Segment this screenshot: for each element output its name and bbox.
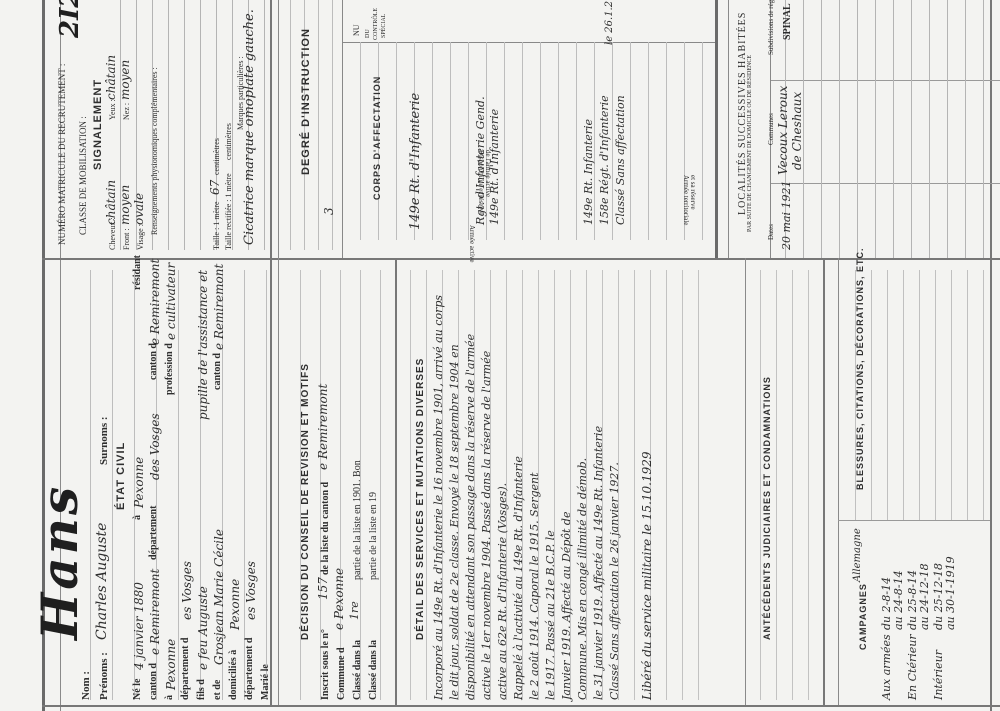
liste-value: e Remiremont [316,384,330,470]
rule-line [300,270,301,700]
rule-line [594,42,595,240]
taille-rectifiee-label: Taille rectifiée : 1 mètre [224,173,233,250]
rule-line [965,0,966,258]
rule-line [270,0,272,705]
rule-line [178,270,179,700]
prenoms-label: Prénoms : [98,652,110,700]
rule-line [951,270,952,520]
liste-label: de la liste du canton d [320,482,331,575]
service-line: Rappelé à l'activité au 149e Rt. d'Infan… [512,456,525,700]
commune-label: Commune d [336,647,347,700]
corps-title: CORPS D'AFFECTATION [372,76,382,200]
etat-civil-value: Pexonne [164,639,178,690]
rule-line [266,270,267,700]
localites-subtitle: PAR SUITE DE CHANGEMENT DE DOMICILE OU D… [747,55,753,232]
surnoms-label: Surnoms : [98,416,110,465]
rule-line [332,0,333,250]
campagne-label: Aux armées [880,634,893,700]
rule-line [200,270,201,700]
decision-title: DÉCISION DU CONSEIL DE REVISION ET MOTIF… [300,363,311,640]
campagnes-title: CAMPAGNES [858,583,868,650]
etat-civil-label: département d [180,638,191,701]
rule-line [586,270,587,700]
nom-value: Hans [30,484,89,640]
rule-line [156,270,157,700]
rule-line [698,270,699,700]
armee-active-value: 149e Rt. d'Infanterie [408,93,423,230]
etat-civil-value: es Vosges [244,561,258,620]
etat-civil-label: profession d [164,343,175,395]
col-subdivisions: Subdivisions de région [767,0,775,55]
service-line: disponibilité en attendant son passage d… [464,334,477,700]
rule-line [414,42,415,240]
rule-line [504,42,505,240]
rule-line [506,270,507,700]
territoriale-note: le 26.1.27 [604,0,615,45]
rule-line [248,0,249,250]
rule-line [168,0,169,250]
rule-line [426,270,427,700]
etat-civil-label: Né le [132,679,143,700]
renseignements-label: Renseignements physionomiques complément… [150,67,159,235]
rule-line [90,270,91,700]
classe1-label: Classé dans la [352,640,363,700]
rule-line [442,270,443,700]
rule-line [760,270,761,700]
rule-line [612,42,613,240]
col-dates: Dates [767,224,775,240]
etat-civil-value: e Remiremont [148,259,162,345]
etat-civil-label: canton d [148,343,159,380]
etat-civil-label: département d [244,638,255,701]
etat-civil-value: 4 janvier 1880 [132,582,146,670]
rule-line [792,270,793,700]
rule-line [823,258,825,705]
rule-line [395,258,397,705]
nom-label: Nom : [80,671,92,700]
taille-value: 67 [208,180,222,195]
rule-line [770,183,1000,184]
rule-line [410,270,411,700]
numero-value: 2I2 [55,0,85,38]
yeux-value: châtain [104,55,118,100]
services-final-note: Libéré du service militaire le 15.10.192… [640,451,654,700]
rule-line [396,42,397,240]
service-line: Janvier 1919. Affecté au Dépôt de [560,512,573,700]
campagne-dates: du 25-8-14 [906,570,919,630]
rule-line [785,0,786,258]
rule-line [378,42,379,240]
rule-line [486,42,487,240]
rule-line [490,270,491,700]
etat-civil-value: des Vosges [148,413,162,480]
armee-active-label: Armée active [468,225,476,263]
rule-line [919,270,920,520]
campagnes-note: Allemagne [852,528,863,582]
rule-line [630,42,631,240]
etat-civil-label: Marié le [260,664,271,700]
prenoms-value: Charles Auguste [94,523,110,640]
rule-line [120,0,121,250]
territoriale-value-1: 149e Rt. Infanterie [582,119,595,225]
rule-line [360,42,361,240]
rule-line [152,0,153,250]
taille-label: Taille : 1 mètre [212,201,221,250]
visage-value: ovale [132,193,146,225]
rule-line [432,42,433,240]
rule-line [458,270,459,700]
etat-civil-value: es Vosges [180,561,194,620]
instruction-value: 3 [322,207,336,215]
service-line: le 31 janvier 1919. Affecté au 149e Rt. … [592,426,605,700]
rule-line [474,270,475,700]
localite-date: 20 mai 1921 [780,181,793,251]
rule-line [304,0,305,250]
rule-line [618,270,619,700]
etat-civil-label: canton d [148,663,159,700]
rule-line [112,270,113,700]
antecedents-title: ANTÉCÉDENTS JUDICIAIRES ET CONDAMNATIONS [762,376,772,640]
service-line: le 1917. Passé au 21e B.C.P. le [544,530,557,700]
classe2-suffix: partie de la liste en 19 [368,492,379,580]
rule-line [634,270,635,700]
rule-line [576,42,577,240]
classe1-suffix: partie de la liste en 1901. Bon [352,460,363,580]
etat-civil-label: canton d [212,353,223,390]
rule-line [728,0,729,258]
etat-civil-value: e Remiremont [148,569,162,655]
etat-civil-value: e feu Auguste [196,586,210,670]
rule-line [715,0,718,258]
rule-line [666,270,667,700]
localite-commune-1: Vecoux Leroux [776,86,790,175]
etat-civil-value: Pexonne [132,457,146,508]
campagne-label: En Ctérieur [906,634,919,700]
marques-label: Marques particulières : [236,56,245,130]
services-title: DÉTAIL DES SERVICES ET MUTATIONS DIVERSE… [415,358,426,640]
rule-line [839,0,840,258]
rule-line [875,0,876,258]
rule-line [821,0,822,258]
classe2-label: Classé dans la [368,640,379,700]
etat-civil-value: e cultivateur [164,263,178,340]
rule-line [290,0,291,250]
numero-label: NUMÉRO MATRICULE DU RECRUTEMENT : [57,64,67,245]
rule-line [684,42,685,240]
rule-line [935,270,936,520]
localite-commune-2: de Cheshaux [790,92,804,170]
nez-value: moyen [118,60,132,100]
etat-civil-value: Pexonne [228,579,242,630]
commune-value: e Pexonne [332,568,346,630]
localites-title: LOCALITÉS SUCCESSIVES HABITÉES [737,12,748,215]
rule-line [342,42,715,43]
rule-line [990,0,992,711]
blessures-title: BLESSURES, CITATIONS, DÉCORATIONS, ETC. [855,247,865,490]
service-line: le dit jour, soldat de 2e classe. Envoyé… [448,344,461,700]
rule-line [702,42,703,240]
rule-line [342,0,343,258]
rule-line [468,42,469,240]
front-label: Front : [122,228,131,250]
rule-line [650,270,651,700]
etat-civil-label: fils d [196,679,207,700]
rule-line [838,258,839,705]
rule-line [522,42,523,240]
controle-label: CONTRÔLE [373,8,379,40]
controle-du: DU [365,29,371,38]
rule-line [666,42,667,240]
rule-line [893,0,894,258]
rule-line [450,42,451,240]
visage-label: Visage : [136,224,145,250]
disponibilite-value-1: Rgt. d'Infanterie Gend. [474,96,487,225]
rule-line [983,270,984,520]
etat-civil-label: à [132,515,143,520]
rule-line [947,0,948,258]
yeux-label: Yeux : [108,99,117,120]
service-line: active le 1er novembre 1904. Passé dans … [480,351,493,700]
inscrit-value: 157 [316,577,330,600]
rule-line [318,0,319,250]
service-line: Commune. Mis en congé illimité de démob. [576,458,589,700]
taille-unit: centimètres [212,138,221,175]
classe1-value: 1re [348,601,361,620]
rule-line [184,0,185,250]
service-line: Incorporé au 149e Rt. d'Infanterie le 16… [432,295,445,700]
nu-label: NU [352,24,361,36]
rule-line [60,0,61,711]
rule-line [602,270,603,700]
rule-line [380,270,381,700]
rule-line [558,42,559,240]
etat-civil-label: département [148,506,159,560]
territoriale-label: Armée territoriale [682,175,690,225]
instruction-title: DEGRÉ D'INSTRUCTION [300,28,312,175]
rule-line [903,270,904,520]
nez-label: Nez : [122,103,131,120]
campagne-label: Intérieur [932,650,945,700]
rule-line [232,0,233,250]
rule-line [216,0,217,250]
service-line: Classé Sans affectation le 26 janvier 19… [608,462,621,700]
service-line: active au 62e Rt. d'Infanterie (Vosges). [496,483,509,700]
classe-label: CLASSE DE MOBILISATION : [78,116,88,235]
paper [0,0,1000,711]
bottom-border [42,705,1000,707]
rule-line [838,520,990,521]
campagne-dates: du 2-8-14 [880,577,893,630]
rule-line [522,270,523,700]
service-line: le 2 août 1914. Caporal le 1915. Sergent [528,472,541,700]
left-margin-rule [42,0,45,711]
etat-civil-value: pupille de l'assistance et [196,270,210,420]
territoriale-value-2: 158e Régt. d'Infanterie [598,95,611,225]
rule-line [134,270,135,700]
rule-line [554,270,555,700]
rule-line [244,270,245,700]
campagne-dates: du 25-12-18 [932,563,945,630]
marques-value: Cicatrice marque omoplate gauche. [242,9,257,245]
inscrit-label: Inscrit sous le n° [320,629,331,700]
rule-line [887,270,888,520]
document-view: Nom :HansPrénoms :Charles AugusteSurnoms… [0,0,1000,711]
rule-line [967,270,968,520]
rule-line [745,258,746,705]
cheveux-label: Cheveux : [108,217,117,250]
rule-line [857,0,858,258]
cheveux-value: châtain [104,180,118,225]
taille-rectifiee-unit: centimètres [224,123,233,160]
rule-line [222,270,223,700]
etat-civil-label: domiciliés à [228,650,239,700]
special-label: SPÉCIAL [381,14,387,38]
rule-line [682,270,683,700]
etat-civil-value: e Remiremont [212,264,226,350]
rule-line [570,270,571,700]
col-communes: Communes [767,113,775,145]
territoriale-label-2: et sa réserve [689,175,697,210]
signalement-title: SIGNALEMENT [92,79,104,170]
rule-line [278,0,279,705]
rule-line [929,0,930,258]
disponibilite-value-2: 149e Rt. d'Infanterie [488,109,501,225]
rule-line [871,270,872,520]
etat-civil-label: à [164,695,175,700]
campagne-dates: au 24-12-18 [918,563,931,630]
rule-line [776,270,777,700]
etat-civil-title: ÉTAT CIVIL [115,442,127,510]
etat-civil-value: Grosjean Marie Cécile [212,529,226,665]
rule-line [855,270,856,520]
rule-line [808,270,809,700]
rule-line [538,270,539,700]
disponibilite-label: Disponibilité et réserve [477,150,485,215]
rule-line [200,0,201,250]
rule-line [340,270,341,700]
etat-civil-label: et de [212,680,223,700]
rule-line [540,42,541,240]
rule-line [911,0,912,258]
etat-civil-label: résidant [132,255,143,290]
front-value: moyen [118,185,132,225]
territoriale-value-3: Classé Sans affectation [614,95,627,225]
campagne-dates: au 30-1-1919 [944,556,957,630]
top-section-divider [42,258,1000,260]
localite-subdivision: SPINAL [782,3,793,40]
rule-line [360,270,361,700]
rule-line [770,0,771,258]
rule-line [320,270,321,700]
rule-line [136,0,137,250]
rule-line [803,0,804,258]
rule-line [648,42,649,240]
rule-line [983,0,984,258]
disponibilite-label-2: de l'armée active [484,150,492,197]
rule-line [770,80,1000,81]
rule-line [264,0,265,250]
campagne-dates: au 24-8-14 [892,570,905,630]
